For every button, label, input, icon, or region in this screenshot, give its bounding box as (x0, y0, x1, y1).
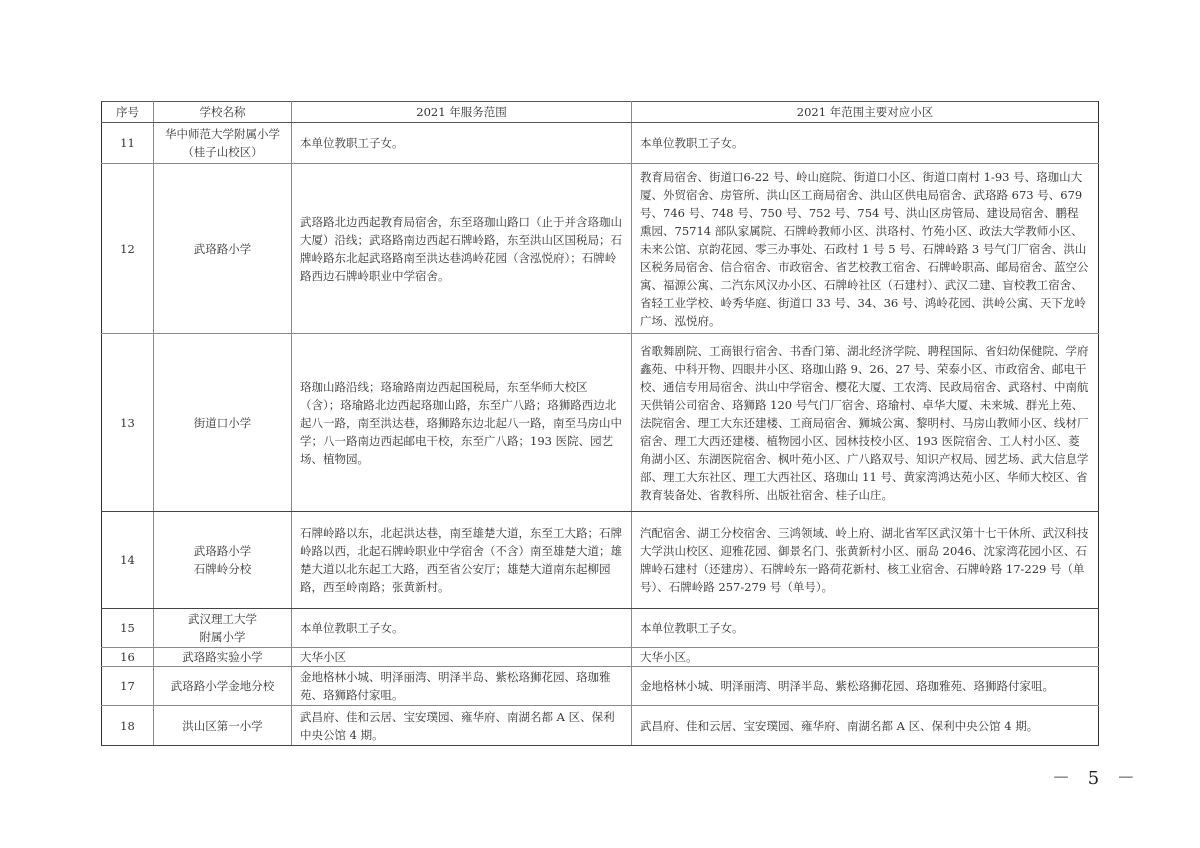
school-name: 武汉理工大学 附属小学 (154, 609, 292, 648)
table-row: 12 武珞路小学 武珞路北边西起教育局宿舍，东至珞珈山路口（止于并含珞珈山大厦）… (102, 164, 1099, 334)
row-no: 11 (102, 123, 154, 164)
header-communities: 2021 年范围主要对应小区 (632, 102, 1099, 123)
row-no: 15 (102, 609, 154, 648)
service-range: 本单位教职工子女。 (292, 609, 632, 648)
communities: 省歌舞剧院、工商银行宿舍、书香门第、湖北经济学院、聘程国际、省妇幼保健院、学府鑫… (632, 334, 1099, 512)
service-range: 珞珈山路沿线；珞瑜路南边西起国税局，东至华师大校区（含）；珞瑜路北边西起珞珈山路… (292, 334, 632, 512)
row-no: 12 (102, 164, 154, 334)
header-no: 序号 (102, 102, 154, 123)
school-district-table: 序号 学校名称 2021 年服务范围 2021 年范围主要对应小区 11 华中师… (101, 101, 1099, 746)
communities: 本单位教职工子女。 (632, 609, 1099, 648)
school-name-line2: 石牌岭分校 (162, 560, 283, 578)
table-row: 15 武汉理工大学 附属小学 本单位教职工子女。 本单位教职工子女。 (102, 609, 1099, 648)
communities: 金地格林小城、明泽丽湾、明泽半岛、紫松珞狮花园、珞珈雅苑、珞狮路付家咀。 (632, 667, 1099, 706)
row-no: 14 (102, 512, 154, 609)
row-no: 18 (102, 706, 154, 746)
header-service-range: 2021 年服务范围 (292, 102, 632, 123)
school-name: 武珞路实验小学 (154, 648, 292, 667)
service-range: 石牌岭路以东，北起洪达巷，南至雄楚大道，东至工大路；石牌岭路以西，北起石牌岭职业… (292, 512, 632, 609)
service-range: 武珞路北边西起教育局宿舍，东至珞珈山路口（止于并含珞珈山大厦）沿线；武珞路南边西… (292, 164, 632, 334)
table-row: 13 街道口小学 珞珈山路沿线；珞瑜路南边西起国税局，东至华师大校区（含）；珞瑜… (102, 334, 1099, 512)
table-row: 11 华中师范大学附属小学（桂子山校区） 本单位教职工子女。 本单位教职工子女。 (102, 123, 1099, 164)
school-name: 武珞路小学 (154, 164, 292, 334)
service-range: 大华小区 (292, 648, 632, 667)
table-row: 14 武珞路小学 石牌岭分校 石牌岭路以东，北起洪达巷，南至雄楚大道，东至工大路… (102, 512, 1099, 609)
table-row: 17 武珞路小学金地分校 金地格林小城、明泽丽湾、明泽半岛、紫松珞狮花园、珞珈雅… (102, 667, 1099, 706)
service-range: 武昌府、佳和云居、宝安璞园、雍华府、南湖名都 A 区、保利中央公馆 4 期。 (292, 706, 632, 746)
school-name: 洪山区第一小学 (154, 706, 292, 746)
page-number: － 5 － (1052, 764, 1141, 790)
table-row: 18 洪山区第一小学 武昌府、佳和云居、宝安璞园、雍华府、南湖名都 A 区、保利… (102, 706, 1099, 746)
row-no: 16 (102, 648, 154, 667)
table-header-row: 序号 学校名称 2021 年服务范围 2021 年范围主要对应小区 (102, 102, 1099, 123)
table-row: 16 武珞路实验小学 大华小区 大华小区。 (102, 648, 1099, 667)
service-range: 金地格林小城、明泽丽湾、明泽半岛、紫松珞狮花园、珞珈雅苑、珞狮路付家咀。 (292, 667, 632, 706)
service-range: 本单位教职工子女。 (292, 123, 632, 164)
school-name-line2: 附属小学 (162, 628, 283, 646)
school-name-line1: 武汉理工大学 (162, 610, 283, 628)
school-name: 华中师范大学附属小学（桂子山校区） (154, 123, 292, 164)
row-no: 17 (102, 667, 154, 706)
school-name-line1: 武珞路小学 (162, 542, 283, 560)
row-no: 13 (102, 334, 154, 512)
school-name: 街道口小学 (154, 334, 292, 512)
communities: 大华小区。 (632, 648, 1099, 667)
communities: 本单位教职工子女。 (632, 123, 1099, 164)
header-school-name: 学校名称 (154, 102, 292, 123)
school-name: 武珞路小学 石牌岭分校 (154, 512, 292, 609)
communities: 汽配宿舍、湖工分校宿舍、三鸿领域、岭上府、湖北省军区武汉第十七干休所、武汉科技大… (632, 512, 1099, 609)
communities: 教育局宿舍、街道口6-22 号、岭山庭院、街道口小区、街道口南村 1-93 号、… (632, 164, 1099, 334)
communities: 武昌府、佳和云居、宝安璞园、雍华府、南湖名都 A 区、保利中央公馆 4 期。 (632, 706, 1099, 746)
school-name: 武珞路小学金地分校 (154, 667, 292, 706)
